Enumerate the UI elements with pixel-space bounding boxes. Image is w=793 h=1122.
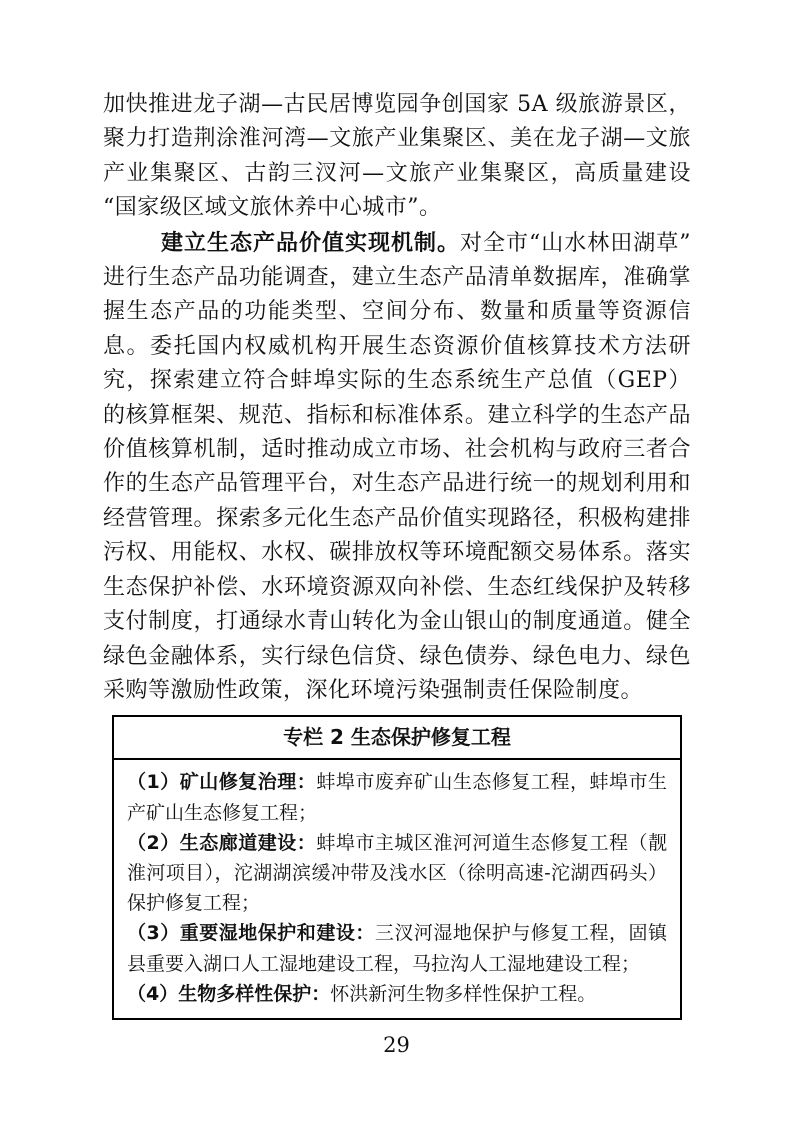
page-number: 29 xyxy=(383,1033,410,1057)
box-item-label: （2）生态廊道建设： xyxy=(127,832,316,854)
box-item-eco-corridor: （2）生态廊道建设：蚌埠市主城区淮河河道生态修复工程（靓淮河项目），沱湖湖滨缓冲… xyxy=(127,828,667,919)
paragraph-bold-lead: 建立生态产品价值实现机制。 xyxy=(161,230,460,256)
page-body-text: 加快推进龙子湖—古民居博览园争创国家 5A 级旅游景区，聚力打造荆涂淮河湾—文旅… xyxy=(103,88,691,1020)
paragraph-body-text: 对全市“山水林田湖草”进行生态产品功能调查，建立生态产品清单数据库，准确掌握生态… xyxy=(103,231,691,703)
column-box-content: （1）矿山修复治理：蚌埠市废弃矿山生态修复工程，蚌埠市生产矿山生态修复工程； （… xyxy=(114,760,680,1018)
paragraph-tourism-zones: 加快推进龙子湖—古民居博览园争创国家 5A 级旅游景区，聚力打造荆涂淮河湾—文旅… xyxy=(103,88,691,226)
column-box-title: 专栏 2 生态保护修复工程 xyxy=(114,717,680,760)
box-item-wetland-protection: （3）重要湿地保护和建设：三汊河湿地保护与修复工程，固镇县重要入湖口人工湿地建设… xyxy=(127,918,667,978)
box-item-label: （1）矿山修复治理： xyxy=(127,771,316,793)
page-footer: 29 xyxy=(0,1033,793,1057)
paragraph-eco-product-value: 建立生态产品价值实现机制。对全市“山水林田湖草”进行生态产品功能调查，建立生态产… xyxy=(103,226,691,709)
box-item-label: （3）重要湿地保护和建设： xyxy=(127,922,375,944)
special-column-2-box: 专栏 2 生态保护修复工程 （1）矿山修复治理：蚌埠市废弃矿山生态修复工程，蚌埠… xyxy=(112,715,682,1020)
box-item-mine-restoration: （1）矿山修复治理：蚌埠市废弃矿山生态修复工程，蚌埠市生产矿山生态修复工程； xyxy=(127,767,667,827)
box-item-label: （4）生物多样性保护： xyxy=(127,983,330,1005)
box-item-text: 怀洪新河生物多样性保护工程。 xyxy=(330,983,596,1005)
document-page: 加快推进龙子湖—古民居博览园争创国家 5A 级旅游景区，聚力打造荆涂淮河湾—文旅… xyxy=(0,0,793,1122)
box-item-biodiversity: （4）生物多样性保护：怀洪新河生物多样性保护工程。 xyxy=(127,979,667,1009)
